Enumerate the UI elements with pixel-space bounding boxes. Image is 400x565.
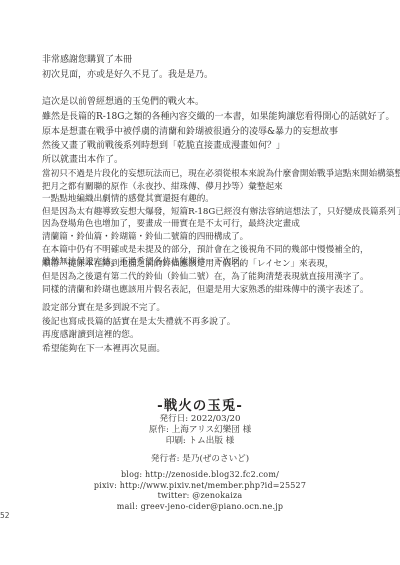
paragraph-naming-note: 順帶一提原本在降到地面之前的鈴仙應該是用片假名的「レイセン」來表現， 但是因為之… xyxy=(42,258,380,297)
text-line: 把月之都有關聯的原作（永夜抄、紺珠傳、儚月抄等）彙整起來 xyxy=(42,181,380,194)
paragraph-origin: 原本是想畫在戰爭中被俘虜的清蘭和鈴瑚被很過分的凌辱&暴力的妄想故事 然後又畫了戰… xyxy=(42,125,380,167)
text-line: 非常感謝您購買了本冊 xyxy=(42,53,380,68)
text-line: 所以就畫出本作了。 xyxy=(42,153,380,167)
contact-links: blog: http://zenoside.blog32.fc2.com/ pi… xyxy=(0,470,400,512)
text-line: 後記也寫成長篇的話實在是太失禮就不再多說了。 xyxy=(42,316,380,330)
printing-credit: 印刷: トム出版 様 xyxy=(0,436,400,447)
publish-date: 発行日: 2022/03/20 xyxy=(0,414,400,425)
text-line: 清蘭篇・鈴仙篇・鈴瑚篇・鈴仙二號篇的四冊構成了。 xyxy=(42,231,380,244)
colophon-block: 発行日: 2022/03/20 原作: 上海アリス幻樂団 様 印刷: トム出版 … xyxy=(0,414,400,447)
paragraph-greeting: 非常感謝您購買了本冊 初次見面，亦或是好久不見了。我是是乃。 xyxy=(42,53,380,83)
text-line: 一點點地編織出劇情的感覺其實還挺有趣的。 xyxy=(42,193,380,206)
blog-link: blog: http://zenoside.blog32.fc2.com/ xyxy=(0,470,400,481)
text-line: 原本是想畫在戰爭中被俘虜的清蘭和鈴瑚被很過分的凌辱&暴力的妄想故事 xyxy=(42,125,380,139)
twitter-link: twitter: @zenokaiza xyxy=(0,491,400,502)
original-work-credit: 原作: 上海アリス幻樂団 様 xyxy=(0,425,400,436)
text-line: 但是因為太有趣導致妄想大爆發，短篇R-18G已經沒有辦法容納這想法了，只好變成長… xyxy=(42,206,380,219)
paragraph-closing-thanks: 設定部分實在是多到說不完了。 後記也寫成長篇的話實在是太失禮就不再多說了。 再度… xyxy=(42,302,380,356)
publisher-credit: 発行者: 是乃(ぜのさいど) xyxy=(0,452,400,464)
text-line: 再度感謝讀到這裡的您。 xyxy=(42,329,380,343)
book-title: -戦火の玉兎- xyxy=(0,394,400,414)
afterword-page: 非常感謝您購買了本冊 初次見面，亦或是好久不見了。我是是乃。 這次是以前曾經想過… xyxy=(0,0,400,565)
text-line: 這次是以前曾經想過的玉兔們的戰火本。 xyxy=(42,95,380,110)
text-line: 雖然是長篇的R-18G之類的各種內容交織的一本書，如果能夠讓您看得開心的話就好了… xyxy=(42,110,380,125)
pixiv-link: pixiv: http://www.pixiv.net/member.php?i… xyxy=(0,481,400,492)
page-number: 52 xyxy=(0,511,10,520)
text-line: 但是因為之後還有第二代的鈴仙（鈴仙二號）在，為了能夠清楚表現就直接用漢字了。 xyxy=(42,271,380,284)
text-line: 同樣的清蘭和鈴瑚也應該用片假名表記，但還是用大家熟悉的紺珠傳中的漢字表述了。 xyxy=(42,284,380,297)
text-line: 設定部分實在是多到說不完了。 xyxy=(42,302,380,316)
paragraph-book-intro: 這次是以前曾經想過的玉兔們的戰火本。 雖然是長篇的R-18G之類的各種內容交織的… xyxy=(42,95,380,125)
text-line: 因為登場角色也增加了，要畫成一冊實在是不太可行，最終決定畫成 xyxy=(42,218,380,231)
text-line: 希望能夠在下一本裡再次見面。 xyxy=(42,343,380,357)
text-line: 順帶一提原本在降到地面之前的鈴仙應該是用片假名的「レイセン」來表現， xyxy=(42,258,380,271)
text-line: 初次見面，亦或是好久不見了。我是是乃。 xyxy=(42,68,380,83)
text-line: 然後又畫了戰前戰後系列時想到「乾脆直接畫成漫畫如何？」 xyxy=(42,139,380,153)
text-line: 在本篇中仍有不明確或是未提及的部分，預計會在之後視角不同的幾部中慢慢補全的， xyxy=(42,244,380,257)
text-line: 當初只不過是片段化的妄想玩法而已，現在必須從根本來說為什麼會開始戰爭這點來開始構… xyxy=(42,168,380,181)
mail-link: mail: greev-jeno-cider@piano.ocn.ne.jp xyxy=(0,502,400,513)
paragraph-story-construction: 當初只不過是片段化的妄想玩法而已，現在必須從根本來說為什麼會開始戰爭這點來開始構… xyxy=(42,168,380,269)
